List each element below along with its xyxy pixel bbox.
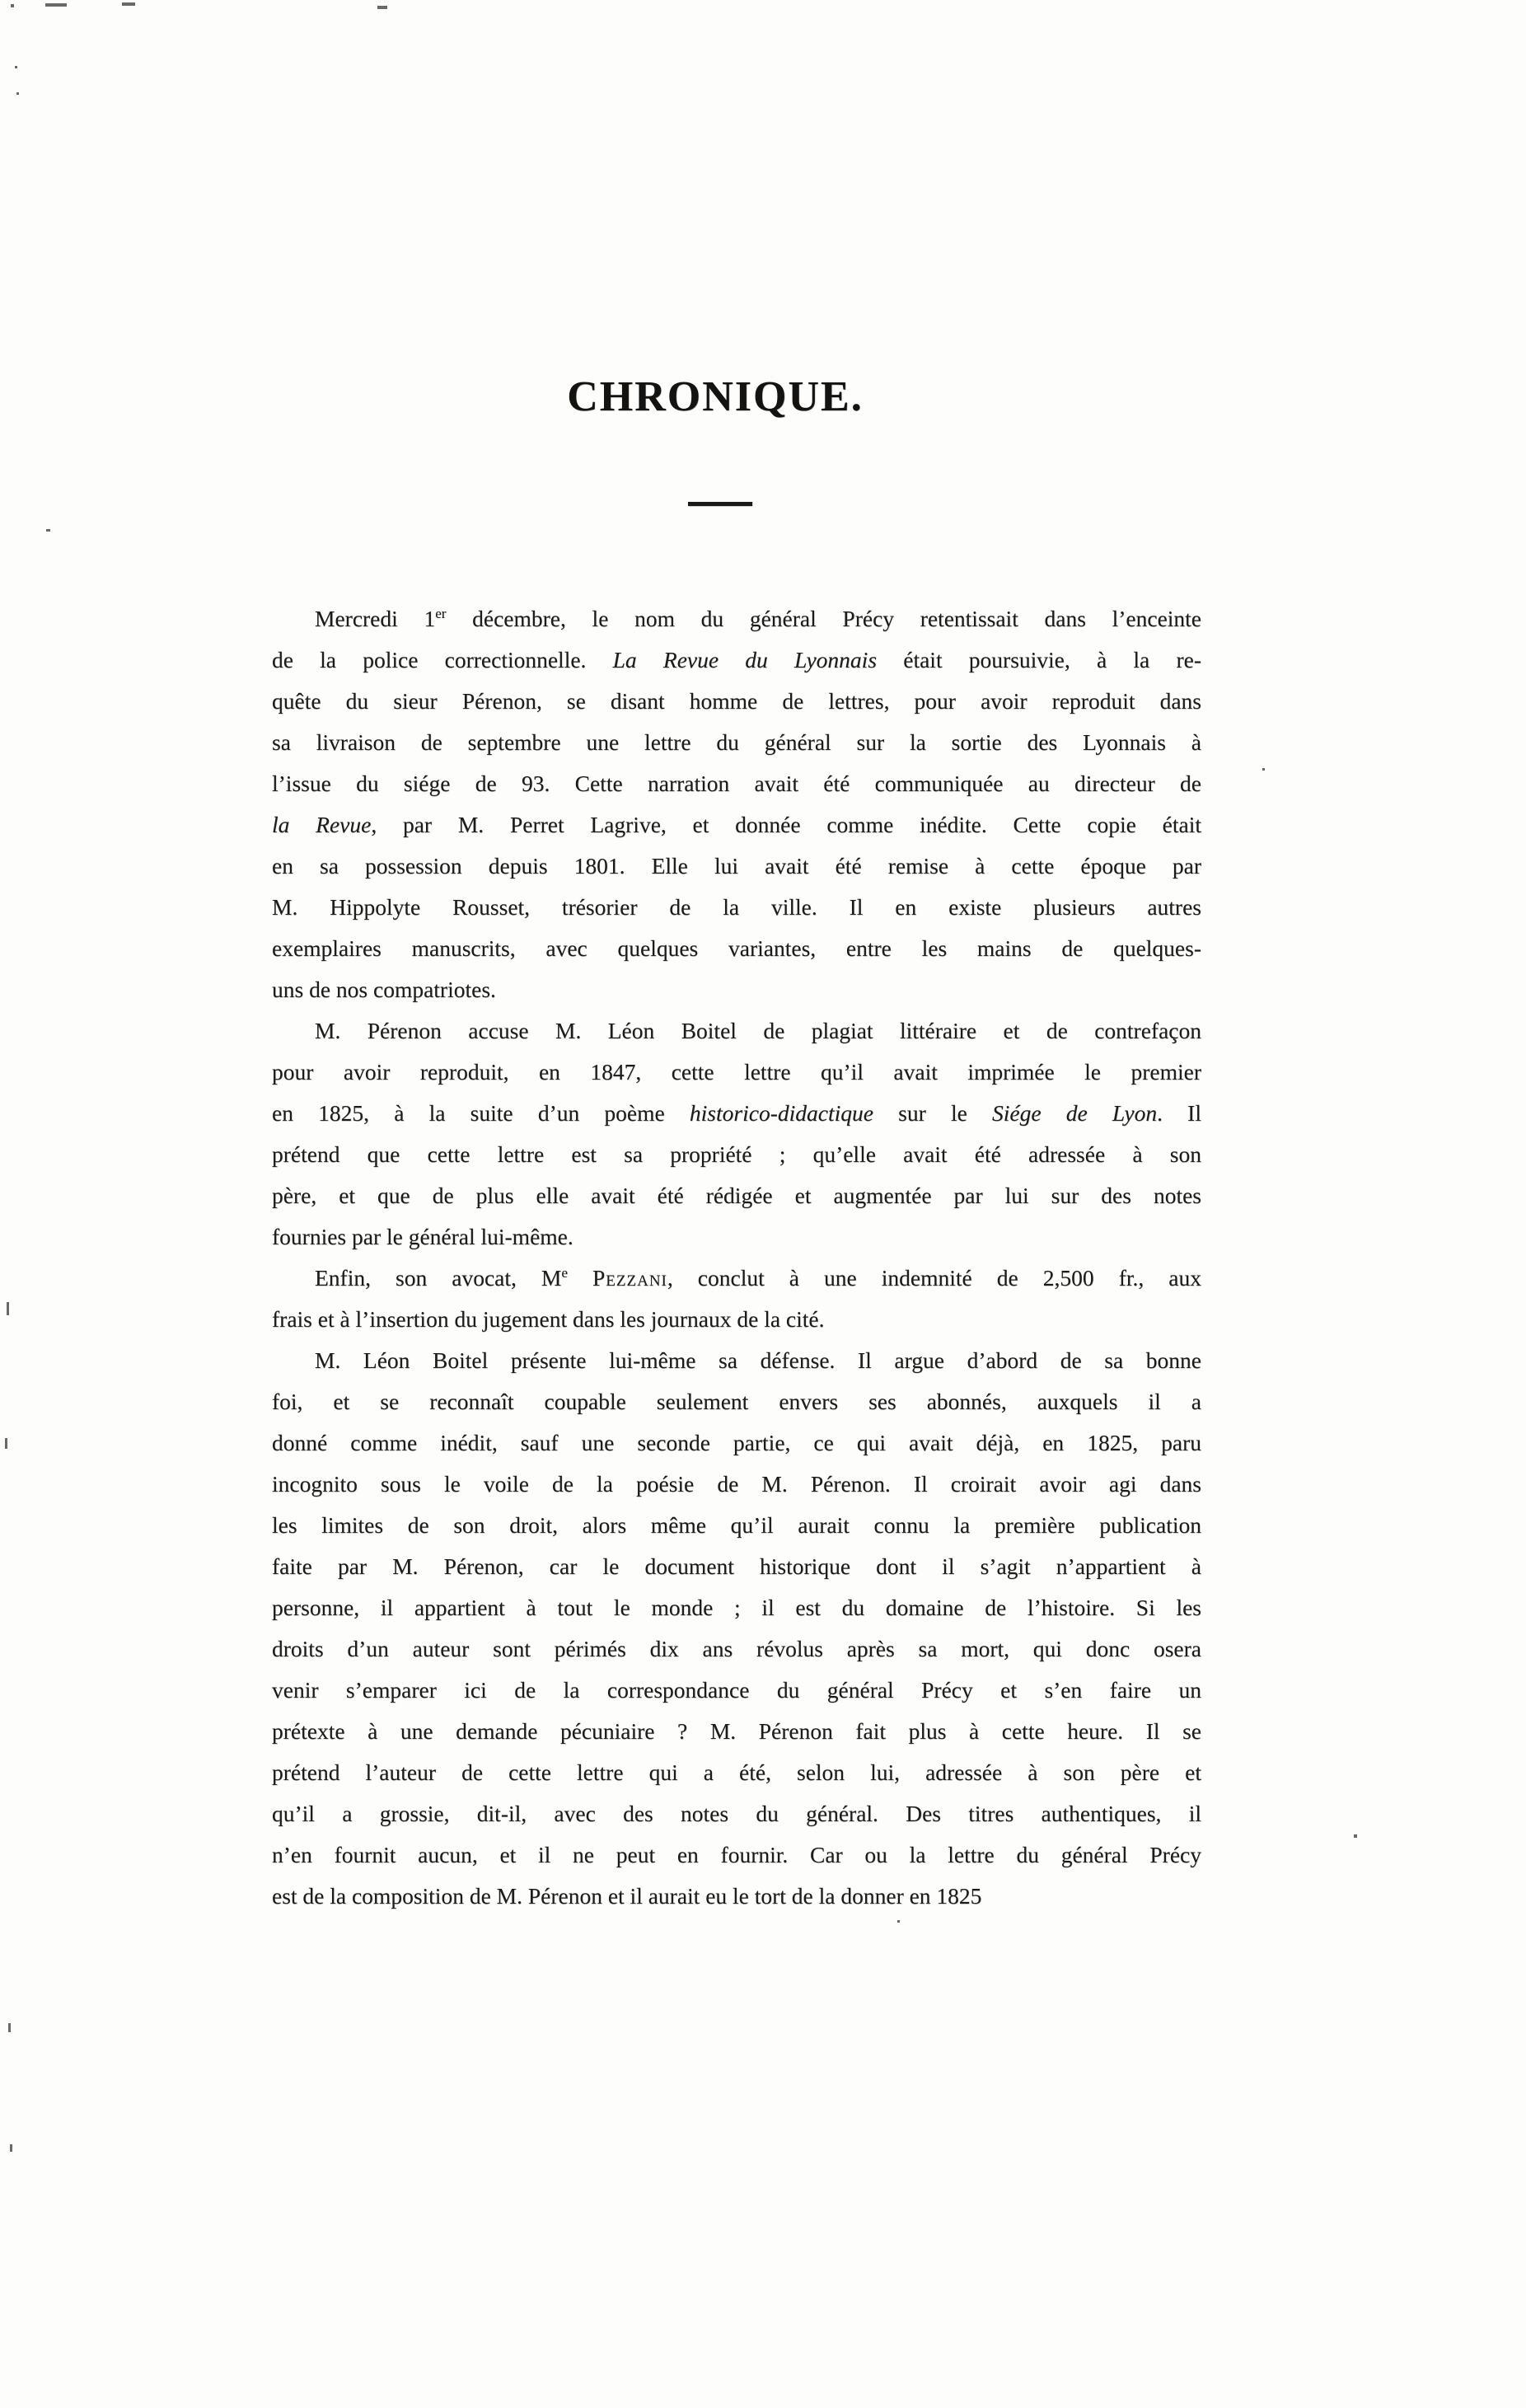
page-title: CHRONIQUE. <box>250 372 1180 421</box>
scan-speck <box>122 2 135 6</box>
scanned-page: { "document": { "title": "CHRONIQUE.", "… <box>0 0 1526 2408</box>
scan-speck <box>15 66 17 68</box>
text-line: père, et que de plus elle avait été rédi… <box>272 1175 1201 1216</box>
text-body: Mercredi 1er décembre, le nom du général… <box>272 598 1201 1917</box>
text-line: venir s’emparer ici de la correspondance… <box>272 1670 1201 1711</box>
scan-speck <box>5 1438 7 1449</box>
text-line: qu’il a grossie, dit-il, avec des notes … <box>272 1793 1201 1834</box>
text-line: droits d’un auteur sont périmés dix ans … <box>272 1628 1201 1670</box>
text-line: pour avoir reproduit, en 1847, cette let… <box>272 1052 1201 1093</box>
scan-speck <box>7 1302 9 1315</box>
text-line: n’en fournit aucun, et il ne peut en fou… <box>272 1834 1201 1876</box>
text-line: est de la composition de M. Pérenon et i… <box>272 1876 1201 1917</box>
scan-speck <box>11 4 14 7</box>
text-line: de la police correctionnelle. La Revue d… <box>272 639 1201 681</box>
scan-speck <box>1354 1834 1357 1838</box>
text-line: donné comme inédit, sauf une seconde par… <box>272 1422 1201 1464</box>
scan-speck <box>10 2144 12 2152</box>
text-line: fournies par le général lui-même. <box>272 1216 1201 1258</box>
text-line: les limites de son droit, alors même qu’… <box>272 1505 1201 1546</box>
scan-speck <box>45 3 67 7</box>
page-sheet: CHRONIQUE. Mercredi 1er décembre, le nom… <box>272 0 1201 1917</box>
text-line: l’issue du siége de 93. Cette narration … <box>272 763 1201 804</box>
scan-speck <box>1262 768 1265 771</box>
text-line: faite par M. Pérenon, car le document hi… <box>272 1546 1201 1587</box>
text-line: incognito sous le voile de la poésie de … <box>272 1464 1201 1505</box>
scan-speck <box>46 529 50 532</box>
text-line: prétend que cette lettre est sa propriét… <box>272 1134 1201 1175</box>
text-line: personne, il appartient à tout le monde … <box>272 1587 1201 1628</box>
text-line: M. Léon Boitel présente lui-même sa défe… <box>272 1340 1201 1381</box>
text-line: Enfin, son avocat, Me Pezzani, conclut à… <box>272 1258 1201 1299</box>
scan-speck <box>897 1920 900 1923</box>
section-divider-rule <box>688 502 752 506</box>
text-line: en 1825, à la suite d’un poème historico… <box>272 1093 1201 1134</box>
scan-speck <box>8 2023 11 2032</box>
text-line: M. Hippolyte Rousset, trésorier de la vi… <box>272 887 1201 928</box>
text-line: frais et à l’insertion du jugement dans … <box>272 1299 1201 1340</box>
text-line: en sa possession depuis 1801. Elle lui a… <box>272 846 1201 887</box>
text-line: la Revue, par M. Perret Lagrive, et donn… <box>272 804 1201 846</box>
text-line: Mercredi 1er décembre, le nom du général… <box>272 598 1201 639</box>
text-line: exemplaires manuscrits, avec quelques va… <box>272 928 1201 969</box>
text-line: prétend l’auteur de cette lettre qui a é… <box>272 1752 1201 1793</box>
text-line: sa livraison de septembre une lettre du … <box>272 722 1201 763</box>
text-line: prétexte à une demande pécuniaire ? M. P… <box>272 1711 1201 1752</box>
scan-speck <box>16 92 19 95</box>
text-line: foi, et se reconnaît coupable seulement … <box>272 1381 1201 1422</box>
text-line: M. Pérenon accuse M. Léon Boitel de plag… <box>272 1010 1201 1052</box>
text-line: uns de nos compatriotes. <box>272 969 1201 1010</box>
scan-speck <box>377 6 387 9</box>
text-line: quête du sieur Pérenon, se disant homme … <box>272 681 1201 722</box>
